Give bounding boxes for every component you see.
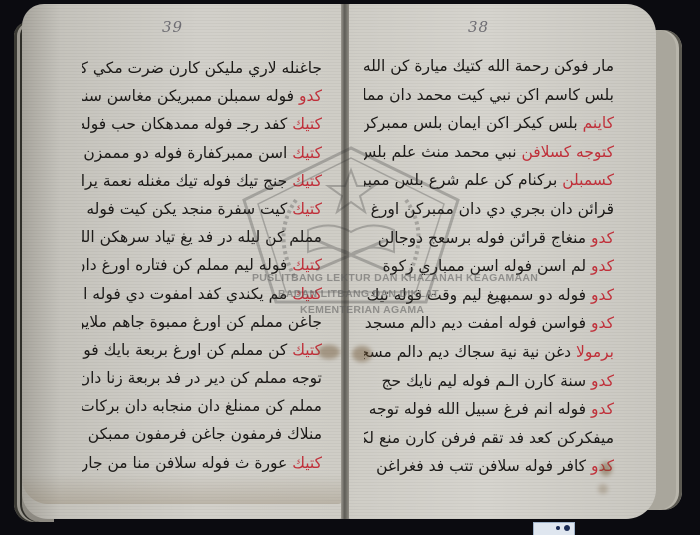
rubric-word: كدو bbox=[586, 257, 614, 275]
manuscript-line: كتيك عورة ث فوله سلافن منا من جاركفد bbox=[82, 449, 322, 477]
manuscript-line: ميفكركن كعد فد تقم فرفن كارن منع لكن bbox=[364, 424, 614, 453]
right-page-number: 38 bbox=[468, 18, 489, 36]
line-text: فواسن فوله امفت ديم دالم مسجد bbox=[365, 314, 586, 332]
line-text: جاغنله لاري مليكن كارن ضرت مكي كالاري bbox=[82, 59, 322, 77]
line-text: نبي محمد منث علم بلس bbox=[364, 143, 517, 161]
manuscript-line: كدو سنة كارن الـم فوله ليم نايك حج bbox=[364, 367, 614, 396]
rubric-word: كدو bbox=[586, 286, 614, 304]
manuscript-line: مملم كن ممنلغ دان منجابه دان بركات bbox=[82, 392, 322, 420]
line-text: كن مملم كن اورغ بربعة بايك فوله bbox=[82, 341, 287, 359]
manuscript-line: بلس كاسم اكن نبي كيت محمد دان مملكندي bbox=[364, 81, 614, 110]
manuscript-line: كتوجه كسلافن نبي محمد منث علم بلس bbox=[364, 138, 614, 167]
rubric-word: كسمبلن bbox=[557, 171, 614, 189]
book-gutter bbox=[341, 4, 349, 519]
line-text: منغاج قرائن فوله برسعج دوجالن bbox=[378, 229, 586, 247]
line-text: دغن نية نية سجاك ديم دالم مسجد bbox=[364, 343, 571, 361]
line-text: مملم كن ليله در فد يغ تياد سرهكن الله bbox=[82, 228, 322, 246]
stain bbox=[352, 346, 372, 362]
left-page: 39 جاغنله لاري مليكن كارن ضرت مكي كالاري… bbox=[22, 4, 344, 519]
rubric-word: كتيك bbox=[287, 200, 322, 218]
page-stain bbox=[22, 474, 342, 504]
line-text: اسن ممبركفارة فوله دو مممزن كن bbox=[82, 144, 287, 162]
line-text: كيت سفرة منجد يكن كيت فوله امفت bbox=[82, 200, 287, 218]
line-text: منلاك فرمفون جاغن فرمفون ممبكن bbox=[88, 425, 322, 443]
left-page-text: جاغنله لاري مليكن كارن ضرت مكي كالاريكدو… bbox=[82, 54, 322, 477]
archive-label-sticker bbox=[533, 522, 575, 535]
line-text: بلس كاسم اكن نبي كيت محمد دان مملكندي bbox=[364, 86, 614, 104]
label-dot-icon bbox=[556, 526, 560, 530]
manuscript-line: جاغن مملم كن اورغ ممبوة جاهم ملاين bbox=[82, 308, 322, 336]
manuscript-line: كدو منغاج قرائن فوله برسعج دوجالن bbox=[364, 224, 614, 253]
rubric-word: كدو bbox=[586, 372, 614, 390]
line-text: جاغن مملم كن اورغ ممبوة جاهم ملاين bbox=[82, 313, 322, 331]
rubric-word: كتيك bbox=[287, 454, 322, 472]
manuscript-line: كتيك اسن ممبركفارة فوله دو مممزن كن bbox=[82, 139, 322, 167]
manuscript-line: مملم كن ليله در فد يغ تياد سرهكن الله bbox=[82, 223, 322, 251]
line-text: مم يكندي كفد امفوت دي فوله انم bbox=[82, 285, 287, 303]
rubric-word: كدو bbox=[586, 314, 614, 332]
line-text: جنج تيك فوله تيك مغنله نعمة يراسي bbox=[82, 172, 287, 190]
line-text: كافر فوله سلافن تتب فد فغراغن bbox=[376, 457, 586, 475]
right-page-text: مار فوكن رحمة الله كتيك ميارة كن الله كا… bbox=[364, 52, 614, 481]
rubric-word: كتيك bbox=[287, 341, 322, 359]
manuscript-line: كتيك كفد رجـ فوله ممدهكان حب فوله bbox=[82, 110, 322, 138]
right-page: 38 مار فوكن رحمة الله كتيك ميارة كن الله… bbox=[346, 4, 656, 519]
manuscript-line: كسمبلن بركنام كن علم شرع بلس ممبركن bbox=[364, 166, 614, 195]
line-text: مار فوكن رحمة الله كتيك ميارة كن الله كا… bbox=[364, 57, 614, 75]
stain bbox=[318, 345, 340, 359]
line-text: ميفكركن كعد فد تقم فرفن كارن منع لكن bbox=[364, 429, 614, 447]
rubric-word: كتيك bbox=[287, 144, 322, 162]
line-text: قرائن دان بجري دي دان ممبركن اورغ bbox=[371, 200, 614, 218]
line-text: بركنام كن علم شرع بلس ممبركن bbox=[364, 171, 557, 189]
rubric-word: برمولا bbox=[571, 343, 614, 361]
manuscript-line: كاينم بلس كيكر اكن ايمان بلس ممبركن bbox=[364, 109, 614, 138]
line-text: سنة كارن الـم فوله ليم نايك حج bbox=[382, 372, 587, 390]
manuscript-line: منلاك فرمفون جاغن فرمفون ممبكن bbox=[82, 420, 322, 448]
watermark-line-1: PUSLITBANG LEKTUR DAN KHAZANAH KEAGAMAAN bbox=[252, 272, 538, 284]
manuscript-line: كدو فوله سمبلن ممبريكن مغاسن سنرلهن bbox=[82, 82, 322, 110]
manuscript-line: مار فوكن رحمة الله كتيك ميارة كن الله كا… bbox=[364, 52, 614, 81]
manuscript-line: توجه مملم كن دير در فد بربعة زنا دان bbox=[82, 364, 322, 392]
manuscript-line: كتيك كيت سفرة منجد يكن كيت فوله امفت bbox=[82, 195, 322, 223]
watermark-line-2: BADAN LITBANG DAN DIKLAT bbox=[278, 288, 439, 300]
label-dot-icon bbox=[564, 525, 570, 531]
rubric-word: كتوجه كسلافن bbox=[517, 143, 614, 161]
stain bbox=[598, 484, 608, 494]
manuscript-line: قرائن دان بجري دي دان ممبركن اورغ bbox=[364, 195, 614, 224]
line-text: فوله سمبلن ممبريكن مغاسن سنرلهن bbox=[82, 87, 294, 105]
line-text: مملم كن ممنلغ دان منجابه دان بركات bbox=[82, 397, 322, 415]
manuscript-line: كتيك جنج تيك فوله تيك مغنله نعمة يراسي bbox=[82, 167, 322, 195]
line-text: بلس كيكر اكن ايمان بلس ممبركن bbox=[364, 114, 578, 132]
rubric-word: كتيك bbox=[287, 172, 322, 190]
rubric-word: كدو bbox=[586, 229, 614, 247]
manuscript-line: برمولا دغن نية نية سجاك ديم دالم مسجد bbox=[364, 338, 614, 367]
stain bbox=[600, 462, 612, 476]
manuscript-line: كدو فوله انم فرغ سبيل الله فوله توجه bbox=[364, 395, 614, 424]
line-text: عورة ث فوله سلافن منا من جاركفد bbox=[82, 454, 287, 472]
left-page-number: 39 bbox=[162, 18, 183, 36]
line-text: توجه مملم كن دير در فد بربعة زنا دان bbox=[82, 369, 322, 387]
manuscript-line: كتيك كن مملم كن اورغ بربعة بايك فوله bbox=[82, 336, 322, 364]
manuscript-line: جاغنله لاري مليكن كارن ضرت مكي كالاري bbox=[82, 54, 322, 82]
manuscript-line: كدو كافر فوله سلافن تتب فد فغراغن bbox=[364, 452, 614, 481]
watermark-line-3: KEMENTERIAN AGAMA bbox=[300, 304, 424, 316]
line-text: فوله انم فرغ سبيل الله فوله توجه bbox=[369, 400, 586, 418]
rubric-word: كدو bbox=[294, 87, 322, 105]
rubric-word: كدو bbox=[586, 400, 614, 418]
rubric-word: كاينم bbox=[578, 114, 614, 132]
rubric-word: كتيك bbox=[287, 115, 322, 133]
line-text: كفد رجـ فوله ممدهكان حب فوله bbox=[82, 115, 287, 133]
